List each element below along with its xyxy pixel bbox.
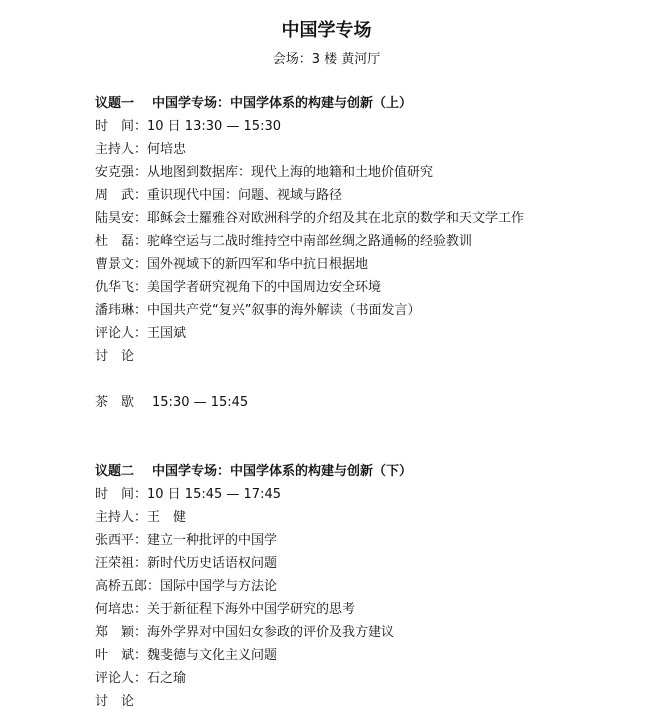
session1-talk: 陆昊安：耶稣会士羅雅谷对欧洲科学的介绍及其在北京的数学和天文学工作	[95, 211, 524, 227]
session1-talk: 仇华飞：美国学者研究视角下的中国周边安全环境	[95, 280, 381, 296]
session1-commentator: 评论人：王国斌	[95, 326, 186, 342]
session2-talk: 郑 颖：海外学界对中国妇女参政的评价及我方建议	[95, 625, 394, 641]
tea-break: 茶 歇15:30 — 15:45	[95, 395, 248, 411]
session1-talk: 潘玮琳：中国共产党“复兴”叙事的海外解读（书面发言）	[95, 303, 420, 319]
session2-talk: 张西平：建立一种批评的中国学	[95, 533, 277, 549]
session2-host: 主持人：王 健	[95, 510, 186, 526]
session1-talk: 曹景文：国外视域下的新四军和华中抗日根据地	[95, 257, 368, 273]
session1-discussion: 讨 论	[95, 349, 134, 365]
session1-number: 议题一	[95, 96, 134, 111]
page-title: 中国学专场	[0, 16, 653, 42]
session2-time: 时 间：10 日 15:45 — 17:45	[95, 487, 281, 503]
session2-talk: 高桥五郎：国际中国学与方法论	[95, 579, 277, 595]
session2-heading: 议题二中国学专场：中国学体系的构建与创新（下）	[95, 464, 412, 480]
session1-time: 时 间：10 日 13:30 — 15:30	[95, 119, 281, 135]
session1-talk: 安克强：从地图到数据库：现代上海的地籍和土地价值研究	[95, 165, 433, 181]
session1-talk: 杜 磊：驼峰空运与二战时维持空中南部丝绸之路通畅的经验教训	[95, 234, 472, 250]
venue-line: 会场：3 楼 黄河厅	[0, 48, 653, 67]
break-label: 茶 歇	[95, 395, 134, 410]
session2-title: 中国学专场：中国学体系的构建与创新（下）	[152, 464, 412, 479]
break-time: 15:30 — 15:45	[152, 395, 248, 410]
session2-talk: 何培忠：关于新征程下海外中国学研究的思考	[95, 602, 355, 618]
session1-host: 主持人：何培忠	[95, 142, 186, 158]
session2-talk: 汪荣祖：新时代历史话语权问题	[95, 556, 277, 572]
session2-number: 议题二	[95, 464, 134, 479]
session2-talk: 叶 斌：魏斐德与文化主义问题	[95, 648, 277, 664]
session1-title: 中国学专场：中国学体系的构建与创新（上）	[152, 96, 412, 111]
session1-talk: 周 武：重识现代中国：问题、视域与路径	[95, 188, 342, 204]
session1-heading: 议题一中国学专场：中国学体系的构建与创新（上）	[95, 96, 412, 112]
session2-commentator: 评论人：石之瑜	[95, 671, 186, 687]
session2-discussion: 讨 论	[95, 694, 134, 710]
